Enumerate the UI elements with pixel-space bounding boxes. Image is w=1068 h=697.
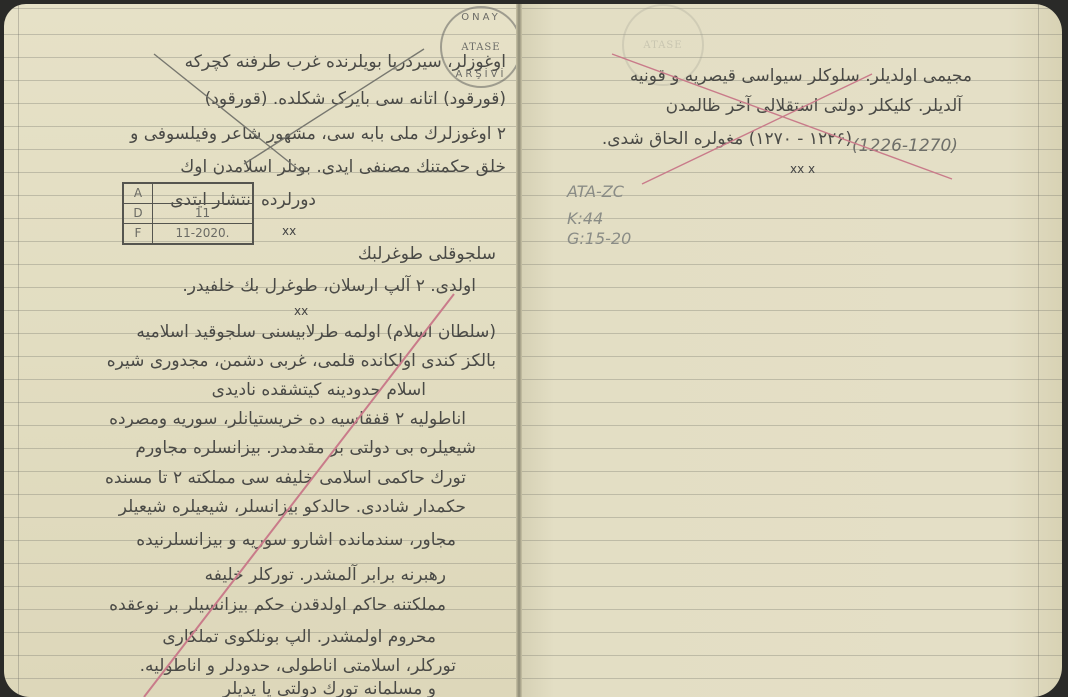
handwritten-line: مجاور، سندمانده اشارو سوریه و بیزانسلرنی…: [136, 530, 456, 550]
box-value: 11-2020.: [153, 224, 252, 243]
box-key: F: [124, 224, 153, 243]
box-row: D 11: [124, 204, 252, 224]
handwritten-line: تورك حاکمی اسلامی خلیفه سی مملکته ۲ تا م…: [105, 468, 466, 488]
stamp-top-text: ONAY: [442, 12, 516, 23]
box-value: [153, 184, 252, 203]
pencil-note-collection: ATA-ZC: [567, 182, 624, 201]
pencil-note-pages: G:15-20: [567, 229, 631, 248]
stamp-center-text: ATASE: [643, 40, 682, 51]
pencil-note-folder: K:44: [567, 209, 603, 228]
handwritten-line: خلق حکمتنك مصنفی ایدی. بونلر اسلامدن اوك: [180, 157, 506, 177]
margin-line: [18, 4, 19, 697]
handwritten-line: و مسلمانه تورك دولتی یا پدیلر: [223, 679, 436, 697]
handwritten-line: محروم اولمشدر. الپ بونلکوی تملکاری: [162, 627, 436, 647]
handwritten-line: تورکلر، اسلامتی اناطولی، حدودلر و اناطول…: [140, 656, 456, 676]
stamp-bottom-text: ARŞİVİ: [442, 69, 516, 80]
margin-line: [1038, 4, 1039, 697]
box-row: A: [124, 184, 252, 204]
handwritten-line: (سلطان اسلام) اولمه طرلابیسنی سلجوقید اس…: [136, 322, 496, 342]
stamp-center-text: ATASE: [461, 42, 500, 53]
left-page: اوغوزلر، سیردریا بویلرنده غرب طرفنه کچرک…: [4, 4, 516, 697]
handwritten-line: رهبرنه برابر آلمشدر. تورکلر خلیفه: [205, 565, 446, 585]
archive-stamp: ONAY ATASE ARŞİVİ: [440, 6, 516, 88]
handwritten-line: حکمدار شاددی. حالدکو بیزانسلر، شیعیلره ش…: [119, 497, 466, 517]
handwritten-line: سلجوقلی طوغرلبك: [358, 244, 496, 264]
handwritten-line: شیعیلره بی دولتی بر مقدمدر. بیزانسلره مج…: [135, 438, 476, 458]
box-key: A: [124, 184, 153, 203]
handwritten-line: اولدی. ۲ آلپ ارسلان، طوغرل بك خلفیدر.: [182, 276, 476, 296]
handwritten-line: اسلام حدودینه کیتشقده نادیدی: [212, 380, 426, 400]
handwritten-line: مملکتنه حاکم اولدقدن حکم بیزانسیلر بر نو…: [109, 595, 446, 615]
x-marks: xx x: [790, 162, 815, 176]
handwritten-line: آلدیلر. کلیکلر دولتی استقلالی آخر ظالمدن: [666, 96, 962, 116]
handwritten-line: بالکز کندی اولکانده قلمی، غربی دشمن، مجد…: [107, 351, 496, 371]
box-row: F 11-2020.: [124, 224, 252, 243]
right-page: ATASE مجیمی اولدیلر. سلوکلر سیواسی قیصری…: [522, 4, 1062, 697]
notebook-spread: اوغوزلر، سیردریا بویلرنده غرب طرفنه کچرک…: [4, 4, 1066, 697]
box-value: 11: [153, 204, 252, 223]
handwritten-line: مجیمی اولدیلر. سلوکلر سیواسی قیصریه و قو…: [630, 66, 972, 86]
handwritten-line: ۲ اوغوزلرك ملی بابه سی، مشهور شاعر وفیلس…: [130, 124, 506, 144]
archive-reference-box: A D 11 F 11-2020.: [122, 182, 254, 245]
x-marks: xx: [294, 304, 308, 318]
handwritten-line: (۱۲۲۶ - ۱۲۷۰) مغولره الحاق شدی.: [602, 129, 852, 149]
box-key: D: [124, 204, 153, 223]
handwritten-line: اناطولیه ۲ قفقاسیه ده خریستیانلر، سوریه …: [109, 409, 466, 429]
x-marks: xx: [282, 224, 296, 238]
date-range: (1226-1270): [852, 136, 958, 156]
handwritten-line: (قورقود) اتانه سی بایرک شکلده. (قورقود): [205, 89, 506, 109]
